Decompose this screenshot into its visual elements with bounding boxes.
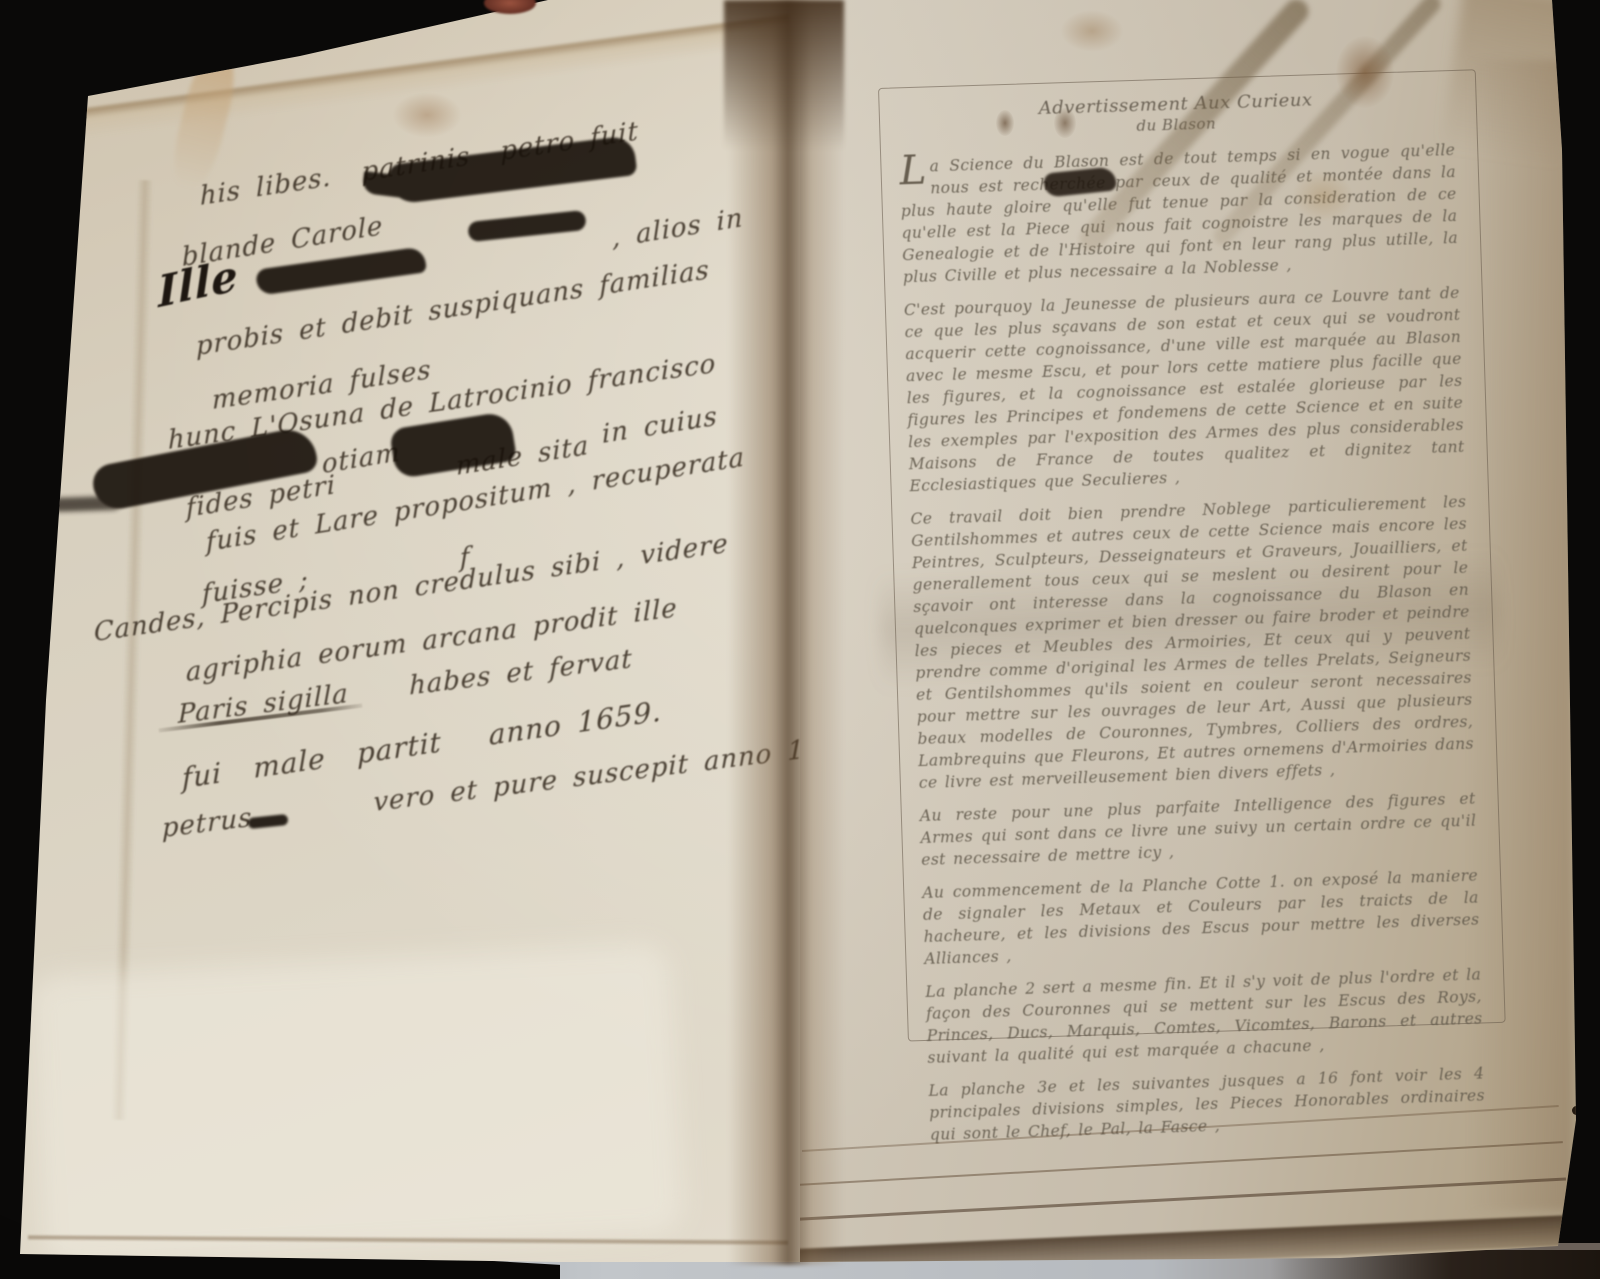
ink-spot <box>996 110 1014 136</box>
paragraph: Au commencement de la Planche Cotte 1. o… <box>922 865 1480 970</box>
paper-stain <box>1292 170 1354 222</box>
book-gutter-top <box>724 0 844 150</box>
paper-stain <box>392 92 462 138</box>
ink-spot <box>1572 1106 1581 1115</box>
handwritten-line: , alios in <box>611 203 743 254</box>
text-block: Advertissement Aux Curieux du Blason La … <box>897 85 1482 1030</box>
page-edge-line <box>792 1177 1566 1221</box>
ink-blot <box>467 210 586 242</box>
paper-stain <box>1060 10 1124 52</box>
paragraph: La planche 3e et les suivantes jusques a… <box>928 1062 1486 1145</box>
paragraph: Ce travail doit bien prendre Noblege par… <box>910 491 1475 794</box>
paragraph: La planche 2 sert a mesme fin. Et il s'y… <box>925 963 1483 1068</box>
paper-stain <box>1336 36 1394 108</box>
page-edge-line <box>796 1141 1563 1186</box>
paragraph: C'est pourquoy la Jeunesse de plusieurs … <box>904 282 1466 497</box>
handwritten-word-ille: Ille <box>157 251 239 318</box>
manuscript-photo: his libes. patrinis petro fuit blande Ca… <box>0 0 1600 1279</box>
paragraph: La Science du Blason est de tout temps s… <box>899 139 1459 288</box>
handwritten-line: in cuius <box>601 402 718 451</box>
paragraph: Au reste pour une plus parfaite Intellig… <box>920 788 1478 871</box>
ink-spot <box>1054 108 1076 138</box>
page-bottom-fold <box>29 943 683 1266</box>
book-gutter <box>728 0 844 1265</box>
ruled-border-frame: Advertissement Aux Curieux du Blason La … <box>878 69 1506 1041</box>
